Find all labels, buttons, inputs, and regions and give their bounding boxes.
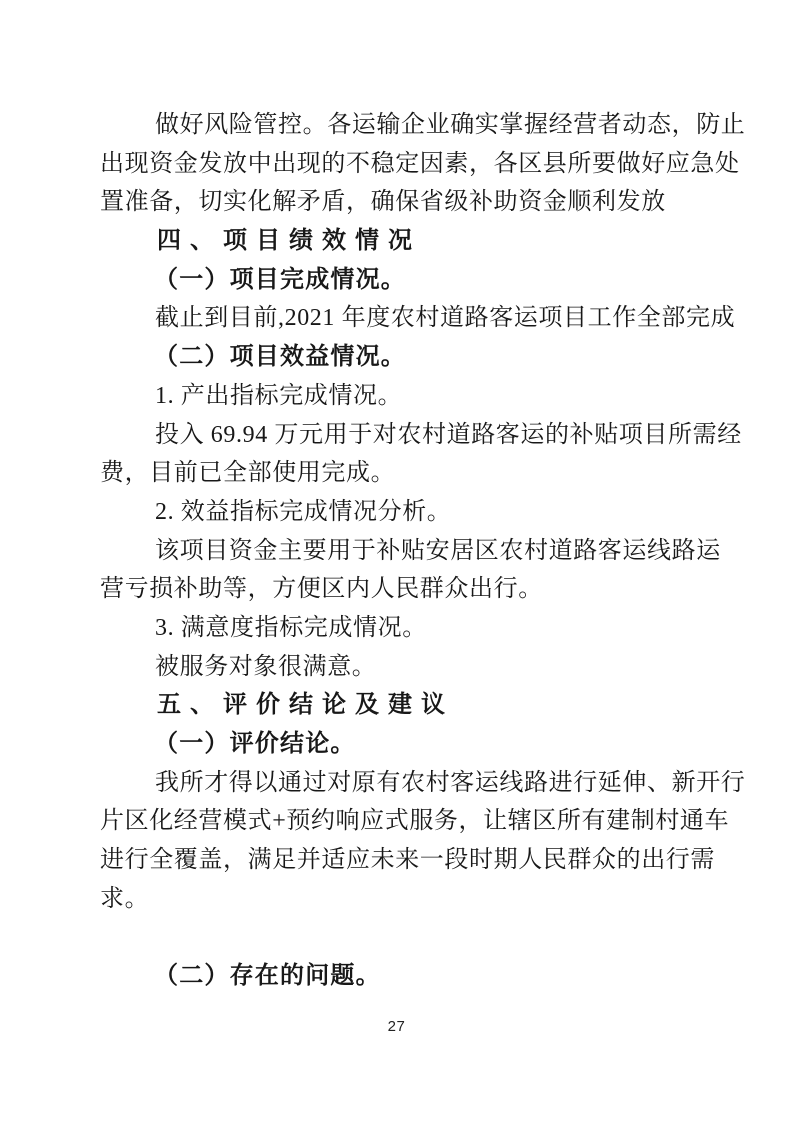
document-body: 做好风险管控。各运输企业确实掌握经营者动态，防止出现资金发放中出现的不稳定因素，… (100, 106, 748, 996)
text-line: 1. 产出指标完成情况。 (100, 377, 748, 416)
text-line: 费，目前已全部使用完成。 (100, 454, 748, 493)
text-line: 出现资金发放中出现的不稳定因素，各区县所要做好应急处 (100, 145, 748, 184)
blank-line (100, 918, 748, 957)
subsection-heading: （二）存在的问题。 (100, 957, 748, 996)
text-line: 投入 69.94 万元用于对农村道路客运的补贴项目所需经 (100, 416, 748, 455)
text-line: 截止到目前,2021 年度农村道路客运项目工作全部完成 (100, 299, 748, 338)
text-line: 片区化经营模式+预约响应式服务，让辖区所有建制村通车 (100, 802, 748, 841)
text-line: 营亏损补助等，方便区内人民群众出行。 (100, 570, 748, 609)
document-page: 做好风险管控。各运输企业确实掌握经营者动态，防止出现资金发放中出现的不稳定因素，… (0, 0, 793, 1122)
section-heading: 五、评价结论及建议 (100, 686, 748, 725)
text-line: 做好风险管控。各运输企业确实掌握经营者动态，防止 (100, 106, 748, 145)
text-line: 2. 效益指标完成情况分析。 (100, 493, 748, 532)
text-line: 我所才得以通过对原有农村客运线路进行延伸、新开行 (100, 764, 748, 803)
subsection-heading: （一）项目完成情况。 (100, 261, 748, 300)
text-line: 置准备，切实化解矛盾，确保省级补助资金顺利发放 (100, 183, 748, 222)
page-number: 27 (0, 1018, 793, 1035)
text-line: 该项目资金主要用于补贴安居区农村道路客运线路运 (100, 532, 748, 571)
subsection-heading: （二）项目效益情况。 (100, 338, 748, 377)
text-line: 被服务对象很满意。 (100, 648, 748, 687)
subsection-heading: （一）评价结论。 (100, 725, 748, 764)
section-heading: 四、项目绩效情况 (100, 222, 748, 261)
text-line: 3. 满意度指标完成情况。 (100, 609, 748, 648)
text-line: 进行全覆盖，满足并适应未来一段时期人民群众的出行需 (100, 841, 748, 880)
text-line: 求。 (100, 880, 748, 919)
